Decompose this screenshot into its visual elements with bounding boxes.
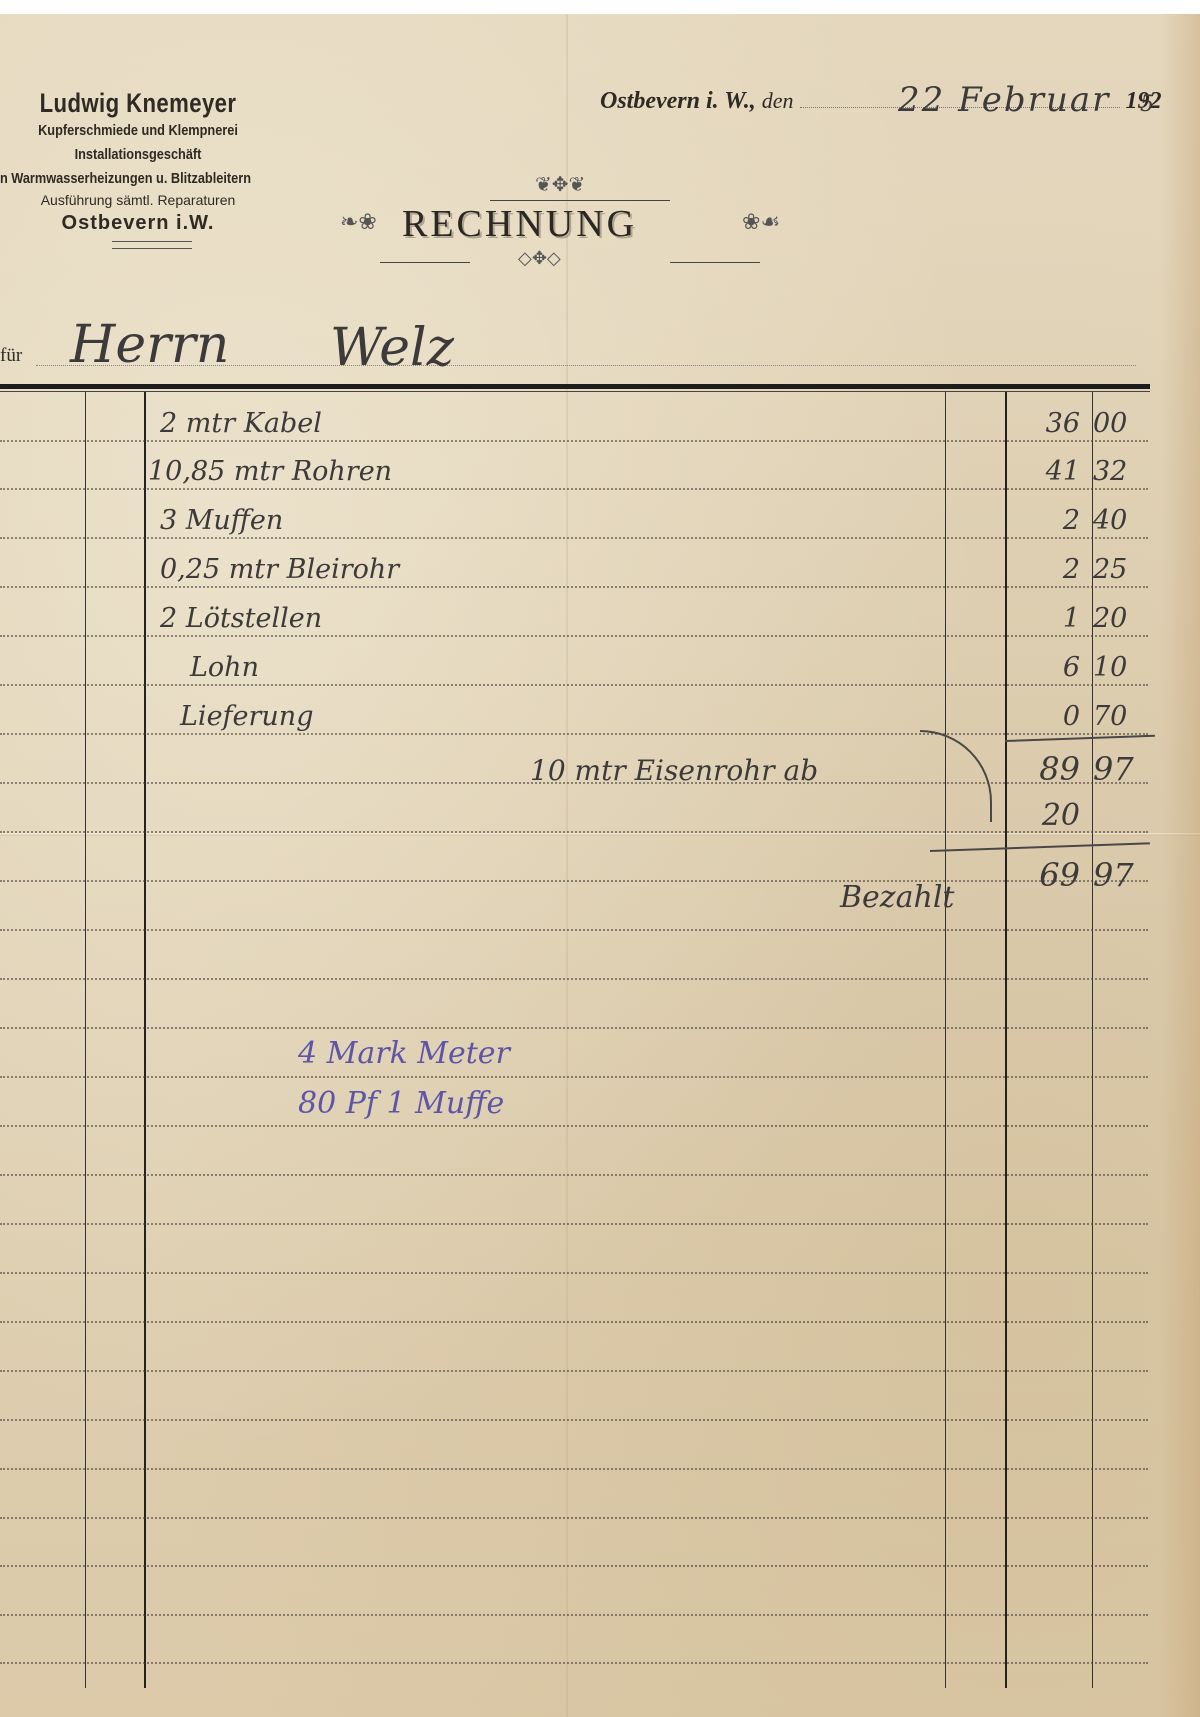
company-services: Anlage von Warmwasserheizungen u. Blitza…: [0, 167, 269, 191]
line-item-mark: 41: [990, 456, 1080, 487]
table-row: [0, 929, 1148, 931]
line-item-description: 10,85 mtr Rohren: [148, 456, 392, 487]
table-row: [0, 831, 1148, 833]
ornament-line-bottom-left: [380, 262, 470, 263]
table-row: [0, 537, 1148, 539]
line-item-mark: 0: [990, 701, 1080, 732]
title-block: ❦✥❦ ❧❀ RECHNUNG ❀☙ ◇✥◇: [350, 172, 800, 272]
line-item-pfennig: 25: [1093, 554, 1148, 585]
line-item-mark: 6: [990, 652, 1080, 683]
table-header-rule: [0, 384, 1150, 389]
document-title: RECHNUNG: [402, 202, 637, 246]
ornament-left-icon: ❧❀: [340, 210, 377, 235]
line-item-pfennig: 10: [1093, 652, 1148, 683]
subtotal-mark: 89: [990, 750, 1080, 788]
line-item-mark: 36: [990, 408, 1080, 439]
table-row: [0, 684, 1148, 686]
letterhead-ornament: [112, 241, 192, 249]
line-item-pfennig: 70: [1093, 701, 1148, 732]
deduction-mark: 20: [990, 798, 1080, 833]
line-item-description: 2 mtr Kabel: [160, 408, 322, 439]
table-row: [0, 635, 1148, 637]
company-city: Ostbevern i.W.: [0, 212, 300, 235]
line-item-description: 2 Lötstellen: [160, 603, 322, 634]
table-row: [0, 440, 1148, 442]
table-row: [0, 1468, 1148, 1470]
total-pfennig: 97: [1093, 856, 1148, 894]
line-item-mark: 1: [990, 603, 1080, 634]
line-item-description: Lieferung: [180, 701, 313, 732]
company-trade: Kupferschmiede und Klempnerei: [0, 119, 275, 143]
table-row: [0, 978, 1148, 980]
ornament-line-top: [490, 200, 670, 201]
line-item-description: Lohn: [190, 652, 259, 683]
line-item-pfennig: 32: [1093, 456, 1148, 487]
company-name: Ludwig Knemeyer: [5, 88, 271, 119]
table-row: [0, 1614, 1148, 1616]
table-row: [0, 1370, 1148, 1372]
table-row: [0, 1419, 1148, 1421]
company-repairs: Ausführung sämtl. Reparaturen: [0, 191, 300, 210]
line-item-description: 3 Muffen: [160, 505, 283, 536]
line-item-pfennig: 00: [1093, 408, 1148, 439]
table-row: [0, 1565, 1148, 1567]
total-mark: 69: [990, 856, 1080, 894]
paid-note: Bezahlt: [840, 880, 954, 915]
table-row: [0, 1125, 1148, 1127]
deduction-description: 10 mtr Eisenrohr ab: [530, 754, 818, 787]
recipient-name: Welz: [330, 318, 454, 378]
table-row: [0, 1027, 1148, 1029]
date-place: Ostbevern i. W.,: [600, 88, 756, 114]
table-row: [0, 1662, 1148, 1664]
ornament-bottom-icon: ◇✥◇: [518, 248, 561, 269]
line-item-pfennig: 40: [1093, 505, 1148, 536]
table-row: [0, 1321, 1148, 1323]
recipient-label: für: [0, 345, 22, 367]
recipient-salutation: Herrn: [70, 315, 229, 375]
table-row: [0, 1517, 1148, 1519]
table-row: [0, 1076, 1148, 1078]
table-row: [0, 880, 1148, 882]
pencil-note: 4 Mark Meter: [298, 1036, 510, 1071]
paper-edge-stain: [1160, 14, 1200, 1717]
ornament-crown-icon: ❦✥❦: [535, 172, 585, 196]
ornament-line-bottom-right: [670, 262, 760, 263]
line-item-pfennig: 20: [1093, 603, 1148, 634]
table-row: [0, 1174, 1148, 1176]
line-item-mark: 2: [990, 505, 1080, 536]
table-row: [0, 1272, 1148, 1274]
table-row: [0, 586, 1148, 588]
line-item-description: 0,25 mtr Bleirohr: [160, 554, 399, 585]
ornament-right-icon: ❀☙: [742, 210, 780, 235]
date-den: den: [762, 88, 794, 113]
company-business: Installationsgeschäft: [0, 143, 275, 167]
date-year-suffix: 5: [1140, 92, 1154, 117]
table-row: [0, 488, 1148, 490]
subtotal-pfennig: 97: [1093, 750, 1148, 788]
pencil-note: 80 Pf 1 Muffe: [298, 1086, 504, 1121]
date-handwritten: 22 Februar: [898, 80, 1110, 120]
table-row: [0, 733, 1148, 735]
table-row: [0, 1223, 1148, 1225]
line-item-mark: 2: [990, 554, 1080, 585]
paper-fold-horizontal: [0, 833, 1200, 836]
letterhead: Ludwig Knemeyer Kupferschmiede und Klemp…: [0, 88, 300, 249]
table-header-rule-thin: [0, 391, 1150, 392]
